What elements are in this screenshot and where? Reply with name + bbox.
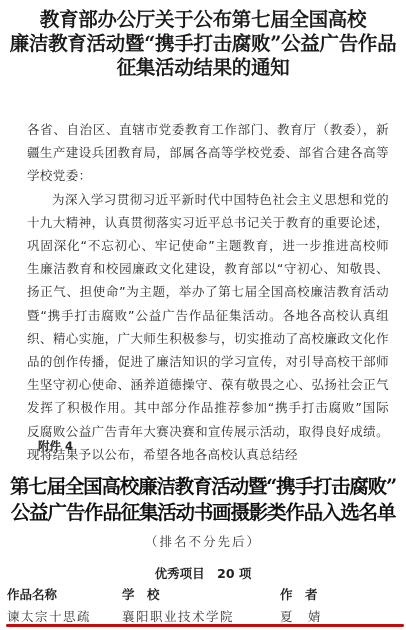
- body-paragraph: 为深入学习贯彻习近平新时代中国特色社会主义思想和党的十九大精神，认真贯彻落实习近…: [27, 188, 389, 466]
- table-header-row: 作品名称 学 校 作 者: [7, 585, 399, 607]
- addressee-paragraph: 各省、自治区、直辖市党委教育工作部门、教育厅（教委），新疆生产建设兵团教育局，部…: [27, 118, 389, 188]
- red-underline-highlight: [6, 624, 404, 627]
- cell-author: 夏 婧: [280, 607, 322, 625]
- attachment-title-line: 第七届全国高校廉洁教育活动暨“携手打击腐败”: [0, 474, 406, 500]
- attachment-label: 附件 4: [38, 438, 73, 454]
- notice-body: 各省、自治区、直辖市党委教育工作部门、教育厅（教委），新疆生产建设兵团教育局，部…: [27, 118, 389, 466]
- notice-title-line: 教育部办公厅关于公布第七届全国高校: [0, 8, 406, 32]
- header-work-title: 作品名称: [7, 585, 57, 603]
- cell-work-title: 谏太宗十思疏: [7, 607, 91, 625]
- notice-title-line: 廉洁教育活动暨“携手打击腐败”公益广告作品: [0, 32, 406, 56]
- header-author: 作 者: [280, 585, 318, 603]
- notice-title: 教育部办公厅关于公布第七届全国高校 廉洁教育活动暨“携手打击腐败”公益广告作品 …: [0, 8, 406, 80]
- header-school: 学 校: [122, 585, 160, 603]
- winners-table: 作品名称 学 校 作 者 谏太宗十思疏 襄阳职业技术学院 夏 婧: [7, 585, 399, 629]
- notice-title-line: 征集活动结果的通知: [0, 56, 406, 80]
- attachment-title-line: 公益广告作品征集活动书画摄影类作品入选名单: [0, 500, 406, 526]
- section-heading: 优秀项目 20 项: [0, 564, 406, 582]
- attachment-title: 第七届全国高校廉洁教育活动暨“携手打击腐败” 公益广告作品征集活动书画摄影类作品…: [0, 474, 406, 526]
- cell-school: 襄阳职业技术学院: [122, 607, 234, 625]
- ranking-note: （排名不分先后）: [0, 532, 406, 550]
